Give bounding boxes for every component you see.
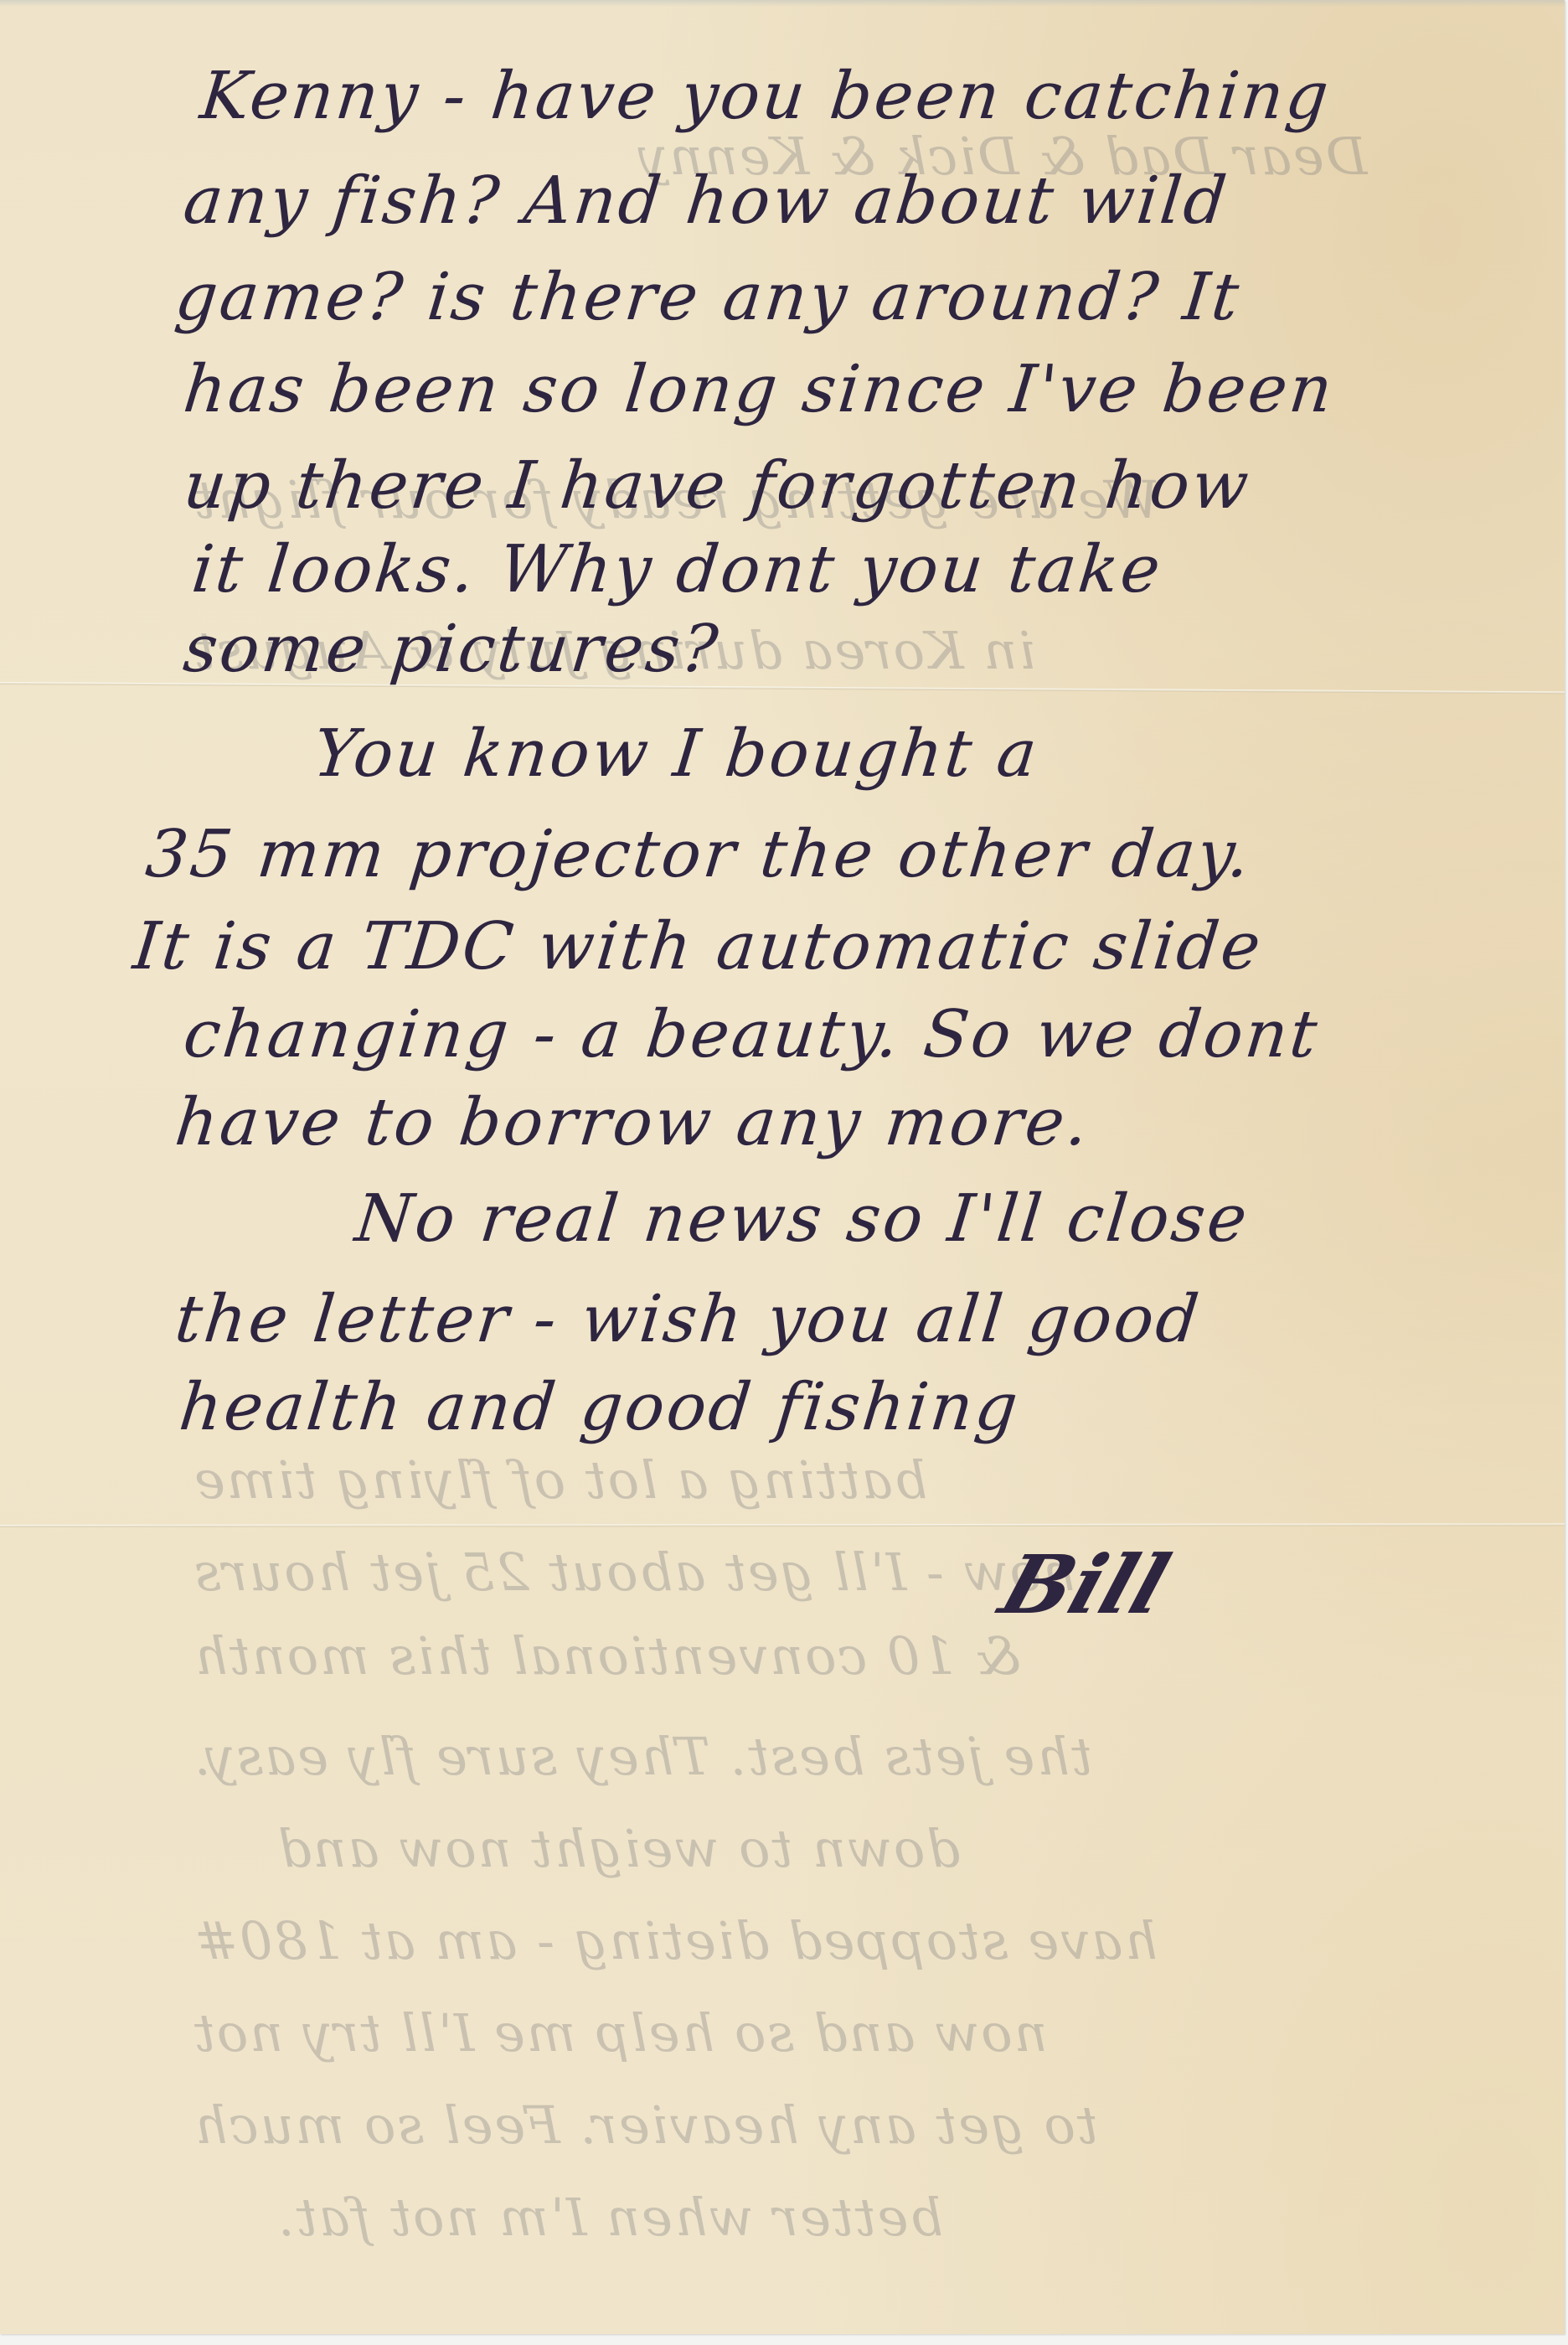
signature: Bill: [990, 1537, 1180, 1632]
letter-line: some pictures?: [180, 612, 724, 687]
letter-line: it looks. Why dont you take: [188, 532, 1166, 607]
letter-line: It is a TDC with automatic slide: [130, 909, 1266, 984]
letter-line: health and good fishing: [176, 1370, 1024, 1445]
letter-line: 35 mm projector the other day.: [142, 817, 1256, 892]
letter-line: up there I have forgotten how: [180, 448, 1255, 524]
letter-line: No real news so I'll close: [352, 1181, 1253, 1257]
letter-line: You know I bought a: [310, 716, 1043, 792]
letter-line: Kenny - have you been catching: [197, 59, 1334, 134]
letter-body: Kenny - have you been catching any fish?…: [0, 0, 1565, 2334]
letter-line: game? is there any around? It: [172, 260, 1245, 335]
letter-paper: Dear Dad & Dick & Kenny We are getting r…: [0, 0, 1565, 2334]
letter-line: any fish? And how about wild: [180, 163, 1232, 239]
letter-line: have to borrow any more.: [172, 1085, 1094, 1160]
letter-line: has been so long since I've been: [180, 352, 1338, 427]
letter-line: the letter - wish you all good: [172, 1282, 1204, 1357]
letter-line: changing - a beauty. So we dont: [180, 997, 1323, 1072]
